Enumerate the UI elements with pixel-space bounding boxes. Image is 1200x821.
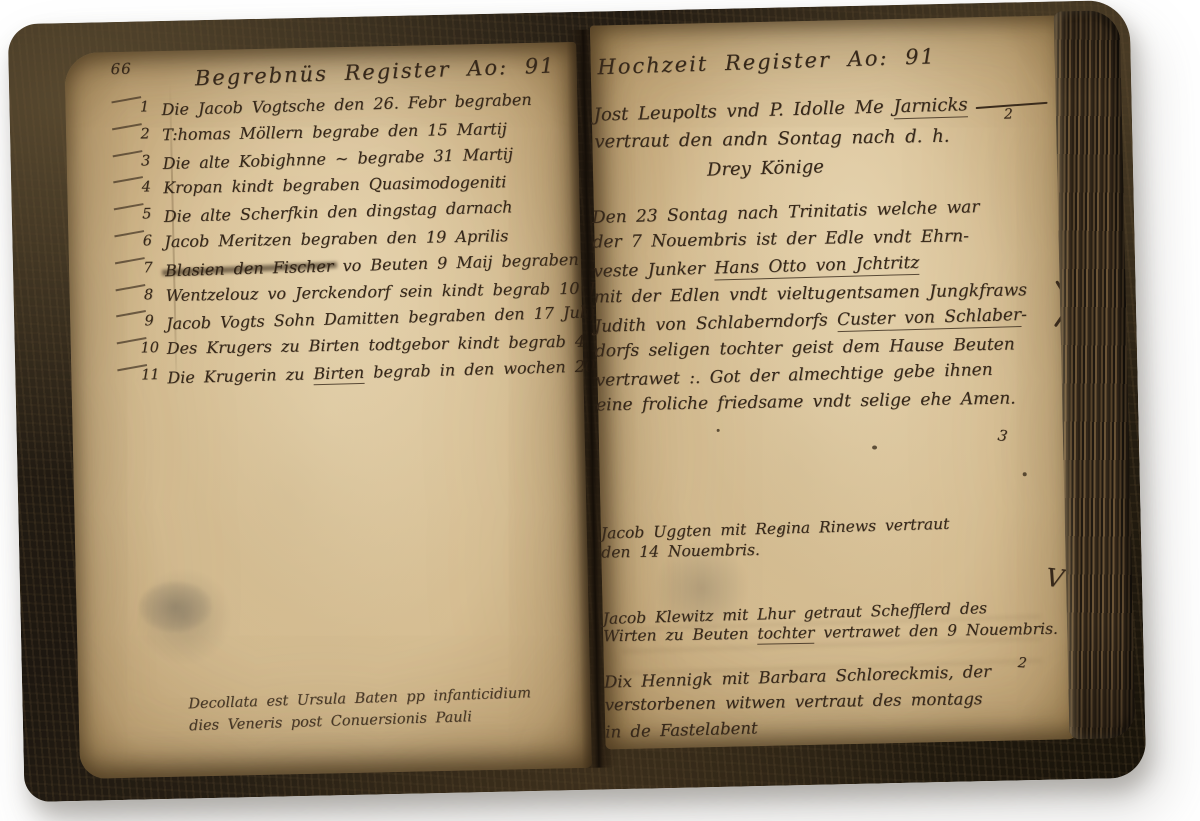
entry-number: 5 xyxy=(130,206,164,223)
entry-number: 3 xyxy=(128,153,162,170)
photo-of-open-register-book: { "colors": { "background": "#ffffff", "… xyxy=(0,0,1200,821)
marriage-paragraph: Den 23 Sontag nach Trinitatis welche war… xyxy=(592,194,1030,421)
margin-numeral: 2 xyxy=(1004,106,1013,122)
entry-number: 8 xyxy=(131,287,165,304)
entry-number: 7 xyxy=(131,260,165,277)
check-mark: V xyxy=(1044,563,1065,594)
marriage-paragraph: Dix Hennigk mit Barbara Schloreckmis, de… xyxy=(604,660,992,743)
book: 66 Begrebnüs Register Ao: 91 1 Die Jacob… xyxy=(8,0,1147,802)
margin-numeral: 2 xyxy=(1017,655,1027,672)
entry-number: 4 xyxy=(129,179,163,196)
entry-number: 11 xyxy=(133,367,167,384)
entry-text: Kropan kindt begraben Quasimodogeniti xyxy=(163,173,506,198)
ink-fleck xyxy=(1023,472,1027,476)
ink-fleck xyxy=(779,528,782,531)
entry-number: 2 xyxy=(128,126,162,143)
entry-number: 9 xyxy=(132,313,166,330)
page-number-left: 66 xyxy=(110,60,131,78)
marriage-paragraph: Jacob Uggten mit Regina Rinews vertraut … xyxy=(601,515,950,564)
marriage-paragraph: Jost Leupolts vnd P. Idolle Me Jarnicks … xyxy=(593,91,969,186)
entry-number: 6 xyxy=(130,233,164,250)
entry-number: 10 xyxy=(133,340,167,357)
ink-fleck xyxy=(717,429,720,432)
dash-mark: 2 xyxy=(976,98,1053,124)
entry-number: 1 xyxy=(127,99,161,116)
